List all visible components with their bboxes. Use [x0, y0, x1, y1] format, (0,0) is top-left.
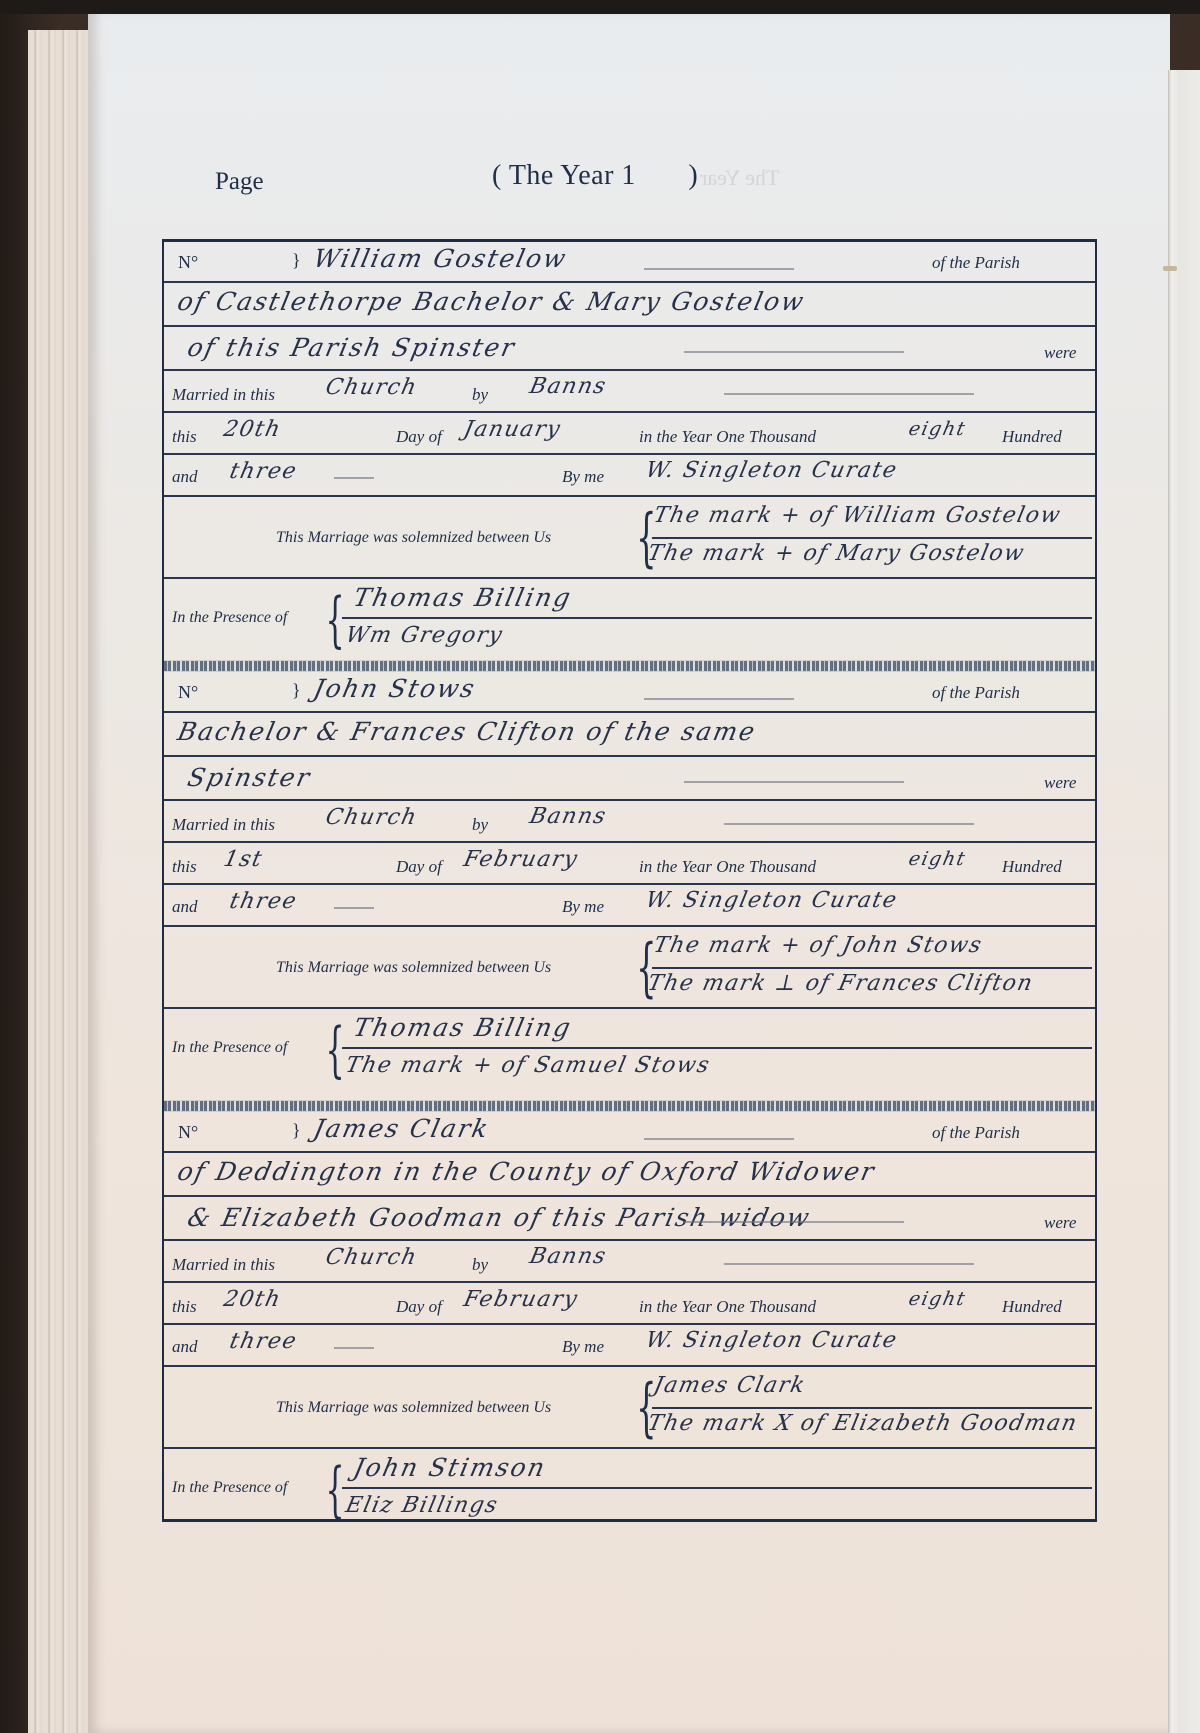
of-the-parish-label: of the Parish — [932, 253, 1020, 273]
party-signature-2: The mark ⊥ of Frances Clifton — [645, 971, 1036, 996]
filler-dash — [684, 351, 904, 353]
officiant-signature: W. Singleton Curate — [643, 888, 900, 913]
solemnized-label: This Marriage was solemnized between Us — [276, 1399, 551, 1417]
of-the-parish-label: of the Parish — [932, 1123, 1020, 1143]
signature-line — [652, 967, 1092, 969]
entry-line-3: Spinster — [185, 763, 314, 792]
year-heading-close: ) — [688, 160, 698, 191]
in-the-year-label: in the Year One Thousand — [639, 1297, 816, 1317]
and-label: and — [172, 897, 198, 917]
party-signature-2: The mark X of Elizabeth Goodman — [645, 1411, 1080, 1436]
entry-row-married: Married in this Church by Banns — [164, 371, 1095, 413]
witness-line — [342, 1047, 1092, 1049]
witness-line — [342, 1487, 1092, 1489]
party-signature-2: The mark + of Mary Gostelow — [645, 541, 1027, 566]
number-brace: } — [292, 1120, 301, 1141]
filler-dash — [334, 477, 374, 479]
marriage-month: January — [461, 417, 563, 442]
were-label: were — [1044, 1213, 1076, 1233]
officiant-signature: W. Singleton Curate — [643, 458, 900, 483]
witness-2: The mark + of Samuel Stows — [343, 1053, 712, 1078]
entry-row-line3: Spinster were — [164, 757, 1095, 801]
groom-name: James Clark — [311, 1114, 493, 1143]
filler-dash — [644, 268, 794, 270]
party-signature-1: The mark + of William Gostelow — [651, 503, 1063, 528]
witness-1: Thomas Billing — [351, 1013, 575, 1042]
filler-dash — [724, 393, 974, 395]
day-of-label: Day of — [396, 1297, 442, 1317]
entry-row-line2: Bachelor & Frances Clifton of the same — [164, 713, 1095, 757]
by-me-label: By me — [562, 1337, 604, 1357]
entry-row-line2: of Deddington in the County of Oxford Wi… — [164, 1153, 1095, 1197]
witness-brace: { — [326, 585, 345, 655]
hundred-label: Hundred — [1002, 857, 1062, 877]
witness-line — [342, 617, 1092, 619]
solemnized-label: This Marriage was solemnized between Us — [276, 959, 551, 977]
signature-line — [652, 1407, 1092, 1409]
page-label: Page — [215, 168, 264, 196]
entry-row-date: this 20th Day of January in the Year One… — [164, 413, 1095, 455]
marriage-entry-2: N° } John Stows of the Parish Bachelor &… — [164, 672, 1095, 1103]
and-label: and — [172, 467, 198, 487]
by-me-label: By me — [562, 897, 604, 917]
filler-dash — [724, 823, 974, 825]
presence-label: In the Presence of — [172, 1479, 287, 1497]
hundred-label: Hundred — [1002, 427, 1062, 447]
entry-row-line3: & Elizabeth Goodman of this Parish widow… — [164, 1197, 1095, 1241]
entry-line-2: of Castlethorpe Bachelor & Mary Gostelow — [175, 287, 808, 316]
entry-row-solemnized: This Marriage was solemnized between Us … — [164, 927, 1095, 1009]
filler-dash — [684, 1221, 904, 1223]
marriage-day: 20th — [221, 1287, 283, 1312]
this-label: this — [172, 857, 197, 877]
marriage-day: 1st — [221, 847, 265, 872]
marriage-month: February — [461, 847, 580, 872]
ornamental-divider — [164, 1100, 1095, 1112]
book-cover-edge — [0, 0, 1200, 14]
married-in-this-label: Married in this — [172, 385, 275, 405]
officiant-signature: W. Singleton Curate — [643, 1328, 900, 1353]
entry-row-line2: of Castlethorpe Bachelor & Mary Gostelow — [164, 283, 1095, 327]
show-through-text: The Year — [700, 165, 779, 191]
entry-row-witnesses: In the Presence of { Thomas Billing The … — [164, 1009, 1095, 1093]
year-hundreds: eight — [907, 418, 969, 440]
marriage-month: February — [461, 1287, 580, 1312]
entry-row-witnesses: In the Presence of { John Stimson Eliz B… — [164, 1449, 1095, 1533]
marriage-entry-3: N° } James Clark of the Parish of Deddin… — [164, 1112, 1095, 1522]
filler-dash — [644, 1138, 794, 1140]
day-of-label: Day of — [396, 857, 442, 877]
year-heading: ( The Year 1 ) — [492, 160, 698, 192]
entry-row-officiant: and three By me W. Singleton Curate — [164, 885, 1095, 927]
in-the-year-label: in the Year One Thousand — [639, 857, 816, 877]
in-the-year-label: in the Year One Thousand — [639, 427, 816, 447]
and-label: and — [172, 1337, 198, 1357]
year-tail: three — [227, 1329, 299, 1354]
solemnized-label: This Marriage was solemnized between Us — [276, 529, 551, 547]
of-the-parish-label: of the Parish — [932, 683, 1020, 703]
entry-row-date: this 1st Day of February in the Year One… — [164, 843, 1095, 885]
party-signature-1: The mark + of John Stows — [651, 933, 984, 958]
filler-dash — [334, 907, 374, 909]
entry-row-date: this 20th Day of February in the Year On… — [164, 1283, 1095, 1325]
filler-dash — [684, 781, 904, 783]
by-label: by — [472, 1255, 488, 1275]
groom-name: William Gostelow — [311, 244, 570, 273]
marriage-method: Banns — [527, 1244, 609, 1269]
place-of-marriage: Church — [323, 1245, 420, 1270]
witness-2: Wm Gregory — [343, 623, 505, 648]
marriage-register-table: N° } William Gostelow of the Parish of C… — [162, 239, 1097, 1522]
filler-dash — [644, 698, 794, 700]
entry-row-witnesses: In the Presence of { Thomas Billing Wm G… — [164, 579, 1095, 663]
by-label: by — [472, 815, 488, 835]
day-of-label: Day of — [396, 427, 442, 447]
hundred-label: Hundred — [1002, 1297, 1062, 1317]
witness-1: John Stimson — [351, 1453, 549, 1482]
entry-line-2: Bachelor & Frances Clifton of the same — [175, 717, 759, 746]
filler-dash — [334, 1347, 374, 1349]
number-label: N° — [178, 682, 198, 703]
year-heading-text: ( The Year 1 — [492, 160, 636, 191]
marriage-method: Banns — [527, 374, 609, 399]
place-of-marriage: Church — [323, 805, 420, 830]
year-hundreds: eight — [907, 848, 969, 870]
entry-row-names: N° } William Gostelow of the Parish — [164, 242, 1095, 283]
groom-name: John Stows — [311, 674, 479, 703]
entry-row-names: N° } James Clark of the Parish — [164, 1112, 1095, 1153]
this-label: this — [172, 427, 197, 447]
witness-2: Eliz Billings — [343, 1493, 500, 1518]
entry-row-married: Married in this Church by Banns — [164, 1241, 1095, 1283]
witness-brace: { — [326, 1015, 345, 1085]
entry-line-2: of Deddington in the County of Oxford Wi… — [175, 1157, 878, 1186]
number-brace: } — [292, 250, 301, 271]
entry-row-solemnized: This Marriage was solemnized between Us … — [164, 1367, 1095, 1449]
were-label: were — [1044, 773, 1076, 793]
place-of-marriage: Church — [323, 375, 420, 400]
ornamental-divider — [164, 660, 1095, 672]
number-brace: } — [292, 680, 301, 701]
number-label: N° — [178, 1122, 198, 1143]
entry-line-3: of this Parish Spinster — [185, 333, 519, 362]
party-signature-1: James Clark — [651, 1373, 808, 1398]
signature-line — [652, 537, 1092, 539]
this-label: this — [172, 1297, 197, 1317]
by-me-label: By me — [562, 467, 604, 487]
year-tail: three — [227, 459, 299, 484]
witness-1: Thomas Billing — [351, 583, 575, 612]
entry-row-officiant: and three By me W. Singleton Curate — [164, 455, 1095, 497]
year-hundreds: eight — [907, 1288, 969, 1310]
book-gutter — [1168, 70, 1200, 1733]
witness-brace: { — [326, 1455, 345, 1525]
entry-line-3: & Elizabeth Goodman of this Parish widow — [185, 1203, 814, 1232]
binding-stitch — [1163, 266, 1177, 271]
marriage-day: 20th — [221, 417, 283, 442]
number-label: N° — [178, 252, 198, 273]
presence-label: In the Presence of — [172, 609, 287, 627]
entry-row-names: N° } John Stows of the Parish — [164, 672, 1095, 713]
were-label: were — [1044, 343, 1076, 363]
marriage-entry-1: N° } William Gostelow of the Parish of C… — [164, 242, 1095, 663]
entry-row-officiant: and three By me W. Singleton Curate — [164, 1325, 1095, 1367]
year-tail: three — [227, 889, 299, 914]
married-in-this-label: Married in this — [172, 1255, 275, 1275]
marriage-method: Banns — [527, 804, 609, 829]
filler-dash — [724, 1263, 974, 1265]
entry-row-solemnized: This Marriage was solemnized between Us … — [164, 497, 1095, 579]
by-label: by — [472, 385, 488, 405]
entry-row-married: Married in this Church by Banns — [164, 801, 1095, 843]
married-in-this-label: Married in this — [172, 815, 275, 835]
entry-row-line3: of this Parish Spinster were — [164, 327, 1095, 371]
presence-label: In the Presence of — [172, 1039, 287, 1057]
